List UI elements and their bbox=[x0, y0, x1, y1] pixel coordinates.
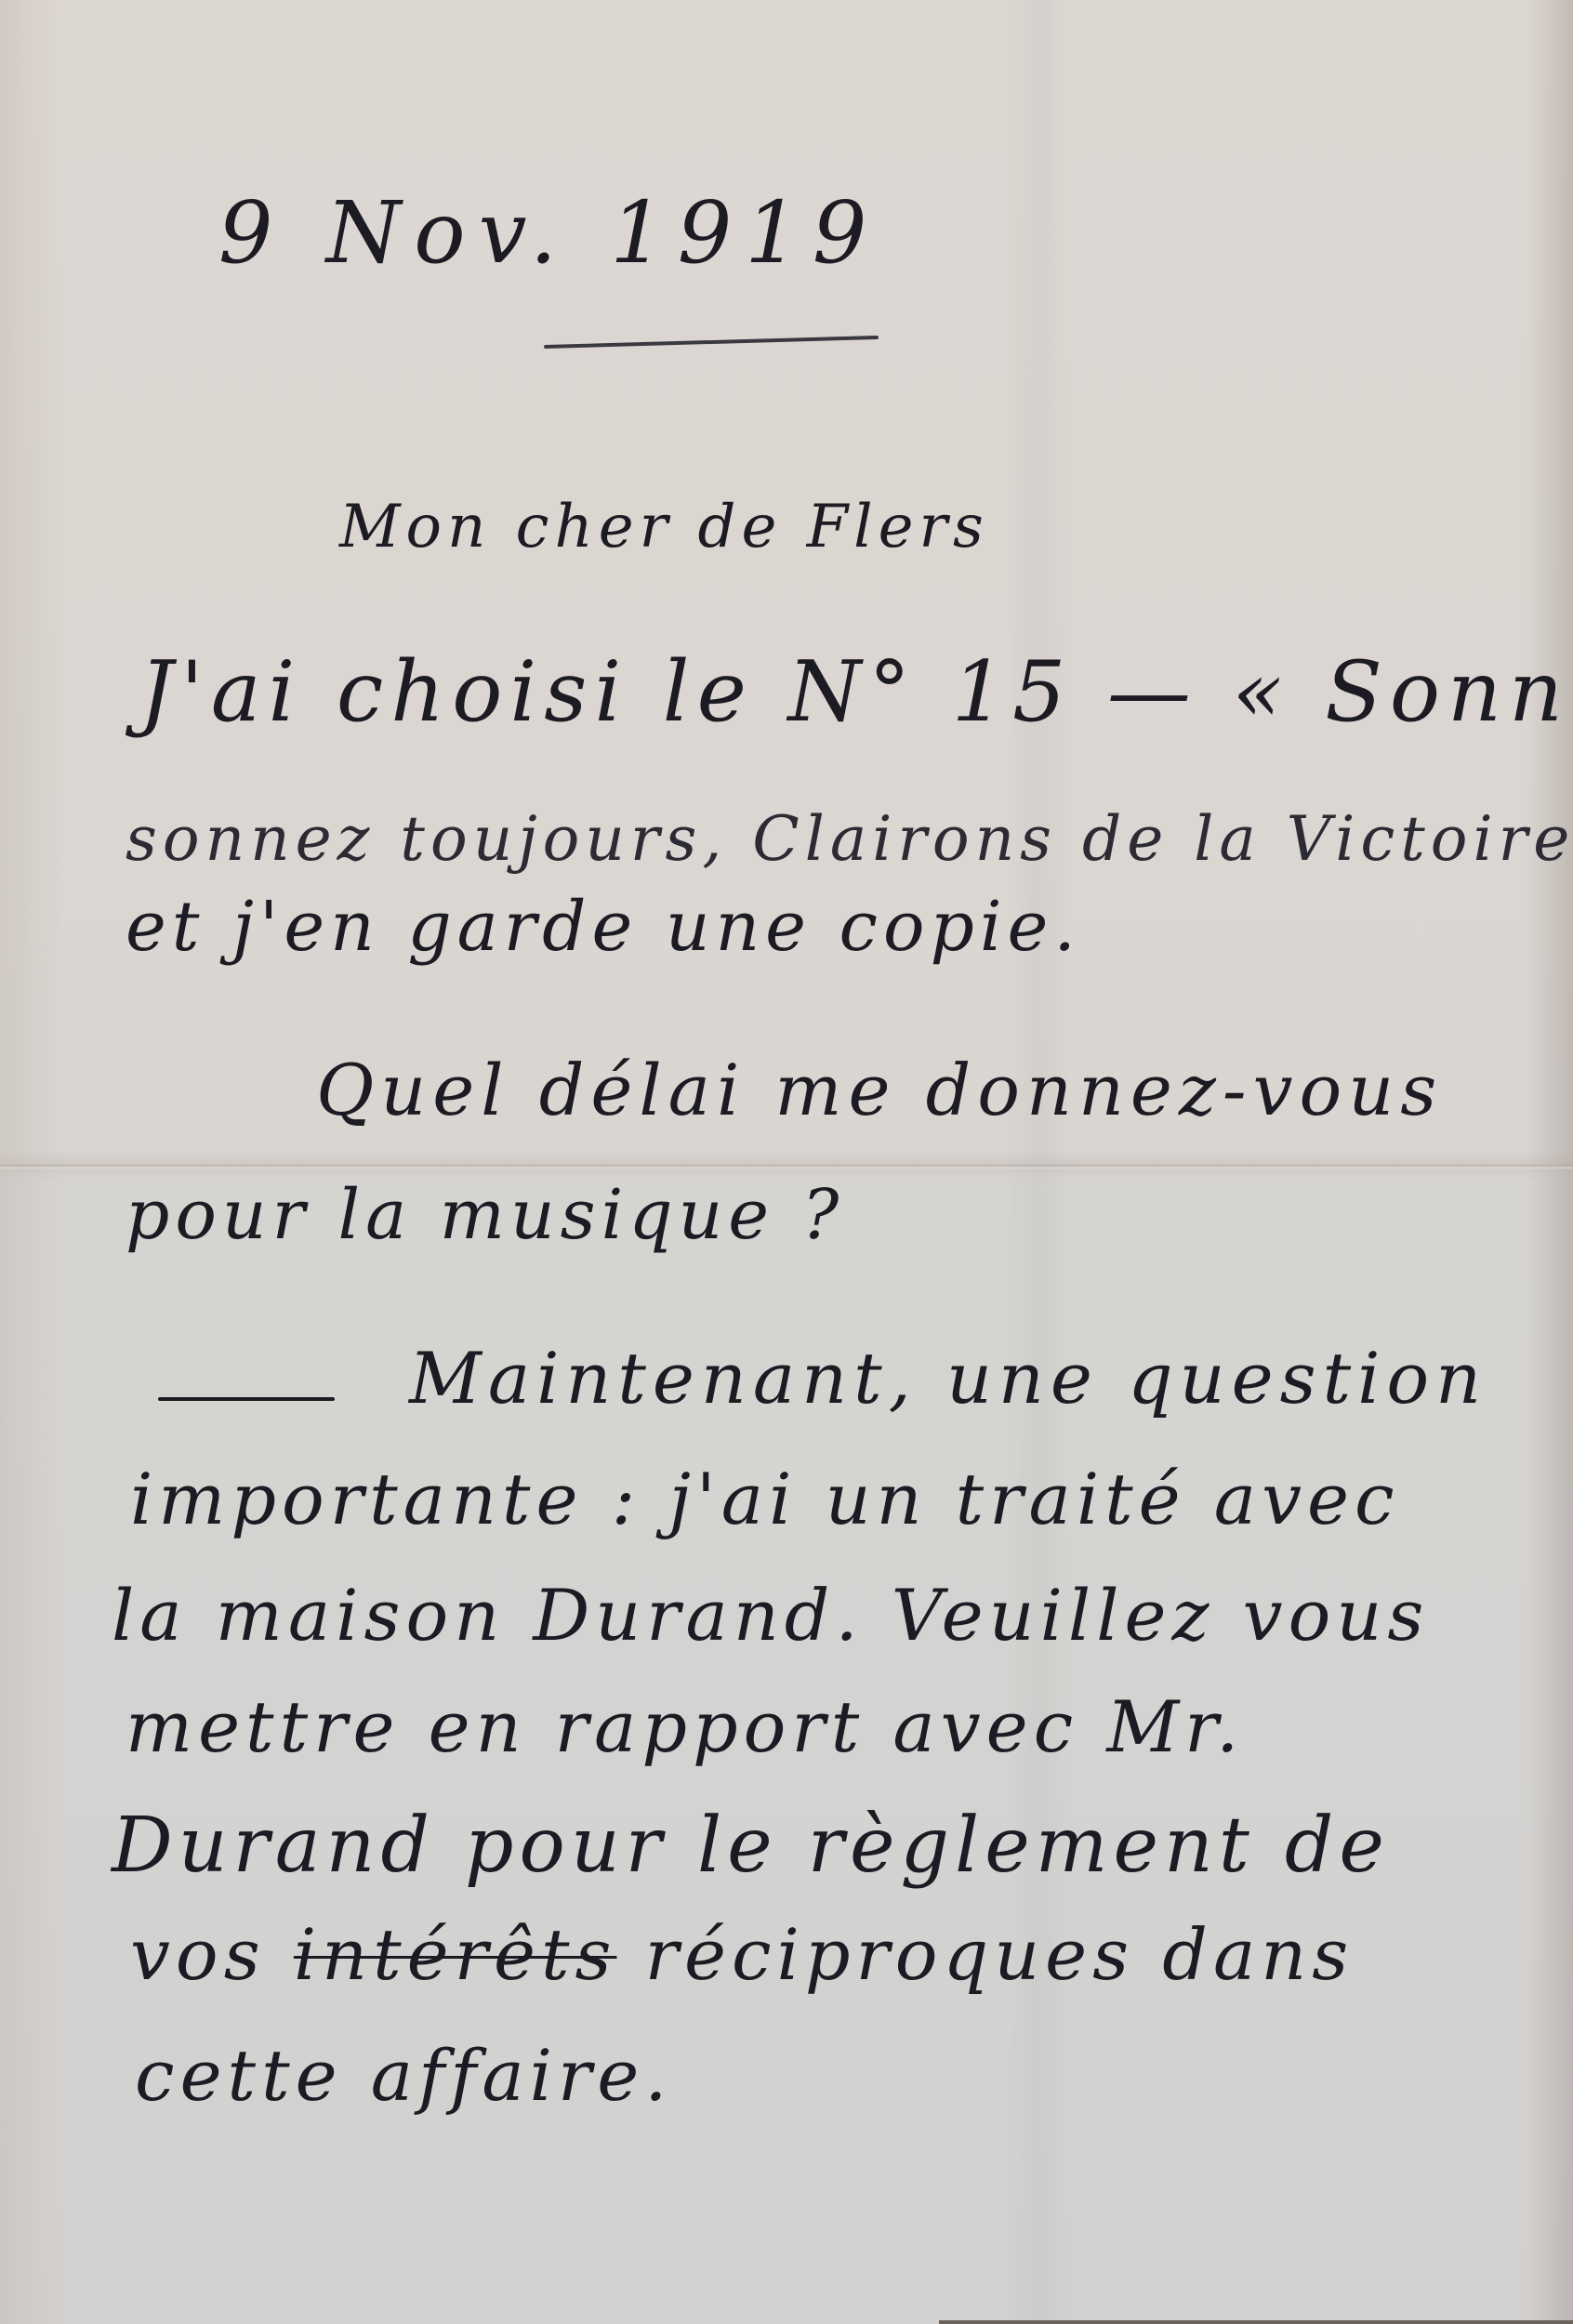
date-underline-divider bbox=[544, 336, 879, 349]
paragraph-3-line-7: cette affaire. bbox=[135, 2040, 672, 2111]
paragraph-3-line-3: la maison Durand. Veuillez vous bbox=[112, 1580, 1429, 1651]
struck-through-word: intérêts bbox=[294, 1913, 617, 1996]
letter-salutation: Mon cher de Flers bbox=[339, 497, 989, 557]
paragraph-3-line-6: vos intérêts réciproques dans bbox=[130, 1920, 1354, 1990]
line-6-prefix: vos bbox=[130, 1913, 294, 1996]
paragraph-3-line-4: mettre en rapport avec Mr. bbox=[126, 1692, 1244, 1763]
paragraph-1-line-2: sonnez toujours, Clairons de la Victoire… bbox=[126, 809, 1573, 870]
letter-page: 9 Nov. 1919 Mon cher de Flers J'ai chois… bbox=[0, 0, 1573, 2324]
paragraph-2-line-1: Quel délai me donnez-vous bbox=[316, 1055, 1443, 1126]
paper-bottom-edge-shadow bbox=[939, 2320, 1573, 2324]
paragraph-1-line-3: et j'en garde une copie. bbox=[126, 892, 1081, 961]
letter-date: 9 Nov. 1919 bbox=[218, 191, 879, 276]
paragraph-2-line-2: pour la musique ? bbox=[126, 1181, 844, 1249]
paragraph-3-line-5: Durand pour le règlement de bbox=[112, 1808, 1390, 1884]
paper-fold-crease bbox=[0, 1164, 1573, 1169]
paragraph-1-line-1: J'ai choisi le N° 15 — « Sonnez, bbox=[139, 651, 1573, 734]
paragraph-dash-mark bbox=[158, 1397, 335, 1401]
paragraph-3-line-2: importante : j'ai un traité avec bbox=[130, 1464, 1400, 1535]
paragraph-3-line-1: Maintenant, une question bbox=[409, 1343, 1487, 1414]
line-6-suffix: réciproques dans bbox=[616, 1913, 1354, 1996]
